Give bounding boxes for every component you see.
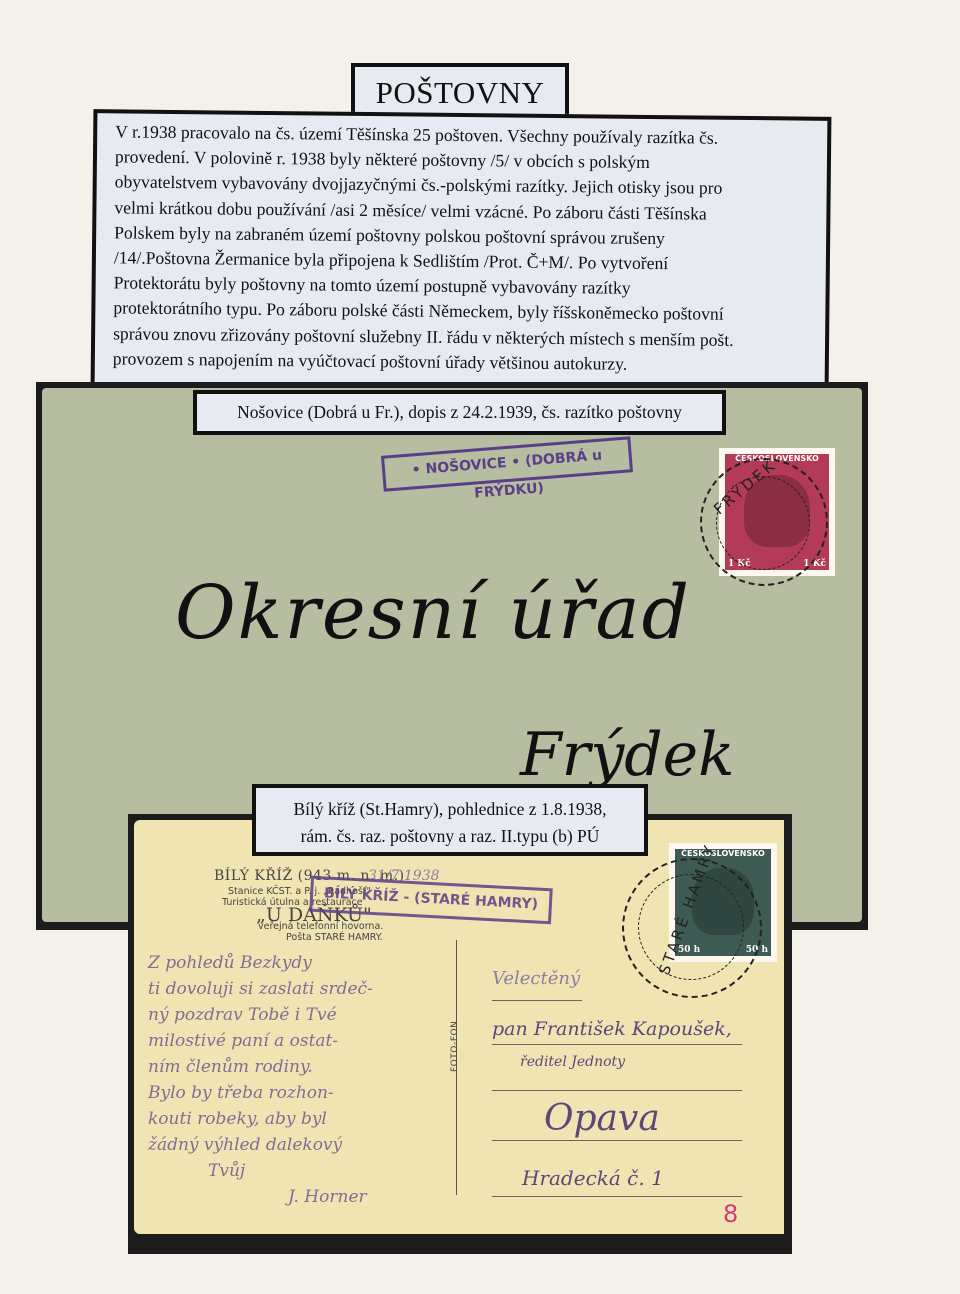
address-rule bbox=[492, 1090, 742, 1091]
address-rule bbox=[492, 1044, 742, 1045]
message-line: J. Horner bbox=[148, 1184, 448, 1210]
message-line: ný pozdrav Tobě i Tvé bbox=[148, 1002, 448, 1028]
postcard-caption: Bílý kříž (St.Hamry), pohlednice z 1.8.1… bbox=[252, 784, 648, 856]
address-rule bbox=[492, 1196, 742, 1197]
intro-text: V r.1938 pracovalo na čs. území Těšínska… bbox=[91, 109, 832, 395]
message-line: milostivé paní a ostat- bbox=[148, 1028, 448, 1054]
message-line: žádný výhled dalekový bbox=[148, 1132, 448, 1158]
postcard-address-line: Velectěný bbox=[492, 968, 580, 989]
caption-line: rám. čs. raz. poštovny a raz. II.typu (b… bbox=[256, 823, 644, 850]
message-line: Bylo by třeba rozhon- bbox=[148, 1080, 448, 1106]
postcard-address-line: pan František Kapoušek, bbox=[492, 1018, 732, 1040]
page-number: 8 bbox=[723, 1200, 738, 1228]
postcard-address-line: Opava bbox=[544, 1098, 660, 1139]
address-rule bbox=[492, 1140, 742, 1141]
stamp-country: ČESKOSLOVENSKO bbox=[675, 849, 771, 858]
caption-line: Bílý kříž (St.Hamry), pohlednice z 1.8.1… bbox=[256, 796, 644, 823]
postcard-address-line: ředitel Jednoty bbox=[520, 1054, 625, 1070]
postcard-address-line: Hradecká č. 1 bbox=[522, 1166, 664, 1190]
envelope-address-line: Frýdek bbox=[520, 720, 734, 790]
message-line: ním členům rodiny. bbox=[148, 1054, 448, 1080]
message-line: Z pohledů Bezkydy bbox=[148, 950, 448, 976]
message-line: ti dovoluji si zaslati srdeč- bbox=[148, 976, 448, 1002]
envelope-address-line: Okresní úřad bbox=[175, 570, 691, 656]
message-line: Tvůj bbox=[148, 1158, 448, 1184]
postcard-message: Z pohledů Bezkydy ti dovoluji si zaslati… bbox=[148, 950, 448, 1210]
printer-mark: FOTO-FON bbox=[450, 1021, 460, 1072]
address-rule bbox=[492, 1000, 582, 1001]
postcard-header: Pošta STARÉ HAMRY. bbox=[286, 932, 383, 943]
postcard-header: veřejná telefonní hovorna. bbox=[258, 921, 383, 932]
message-line: kouti robeky, aby byl bbox=[148, 1106, 448, 1132]
envelope-caption: Nošovice (Dobrá u Fr.), dopis z 24.2.193… bbox=[193, 390, 726, 435]
